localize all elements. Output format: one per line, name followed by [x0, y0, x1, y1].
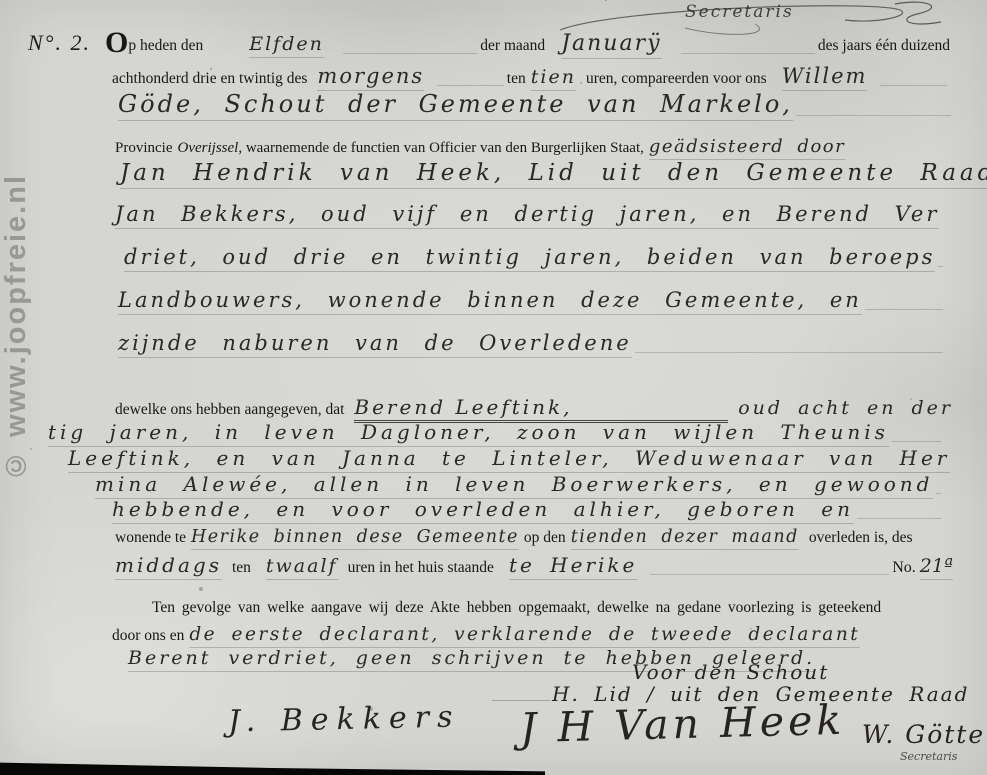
handwritten-official-firstname: Willem: [782, 64, 868, 91]
handwritten-details1: tig jaren, in leven Dagloner, zoon van w…: [48, 420, 889, 447]
printed-text: p heden den: [128, 37, 203, 55]
printed-text: , waarnemende de functien van Officier v…: [238, 140, 644, 157]
top-annotation-text: Secretaris: [685, 2, 794, 22]
printed-text: achthonderd drie en twintig des: [112, 70, 307, 88]
watermark: © www.joopfreie.nl: [0, 128, 46, 528]
handwritten-day: Elfden: [249, 33, 324, 58]
form-line-profession: Landbouwers, wonende binnen deze Gemeent…: [118, 288, 946, 315]
rule-line: [681, 53, 815, 54]
paper-specks: [210, 68, 212, 70]
handwritten-house-number: 21ª: [920, 555, 953, 580]
form-line-time: achthonderd drie en twintig des morgens …: [112, 64, 950, 91]
act-number: N°. 2.: [28, 30, 91, 56]
printed-text: uren in het huis staande: [348, 559, 494, 577]
signature-gotte: W. Götte: [862, 720, 985, 749]
rule-line: [437, 85, 504, 86]
handwritten-relation: zijnde naburen van de Overledene: [118, 331, 632, 358]
handwritten-assistant-name: Jan Hendrik van Heek, Lid uit den Gemeen…: [120, 160, 987, 189]
signature-van-heek: J H Van Heek: [519, 696, 845, 752]
handwritten-house-place: te Herike: [509, 553, 637, 580]
printed-text: ten: [232, 559, 251, 577]
handwritten-for-the-schout: Voor den Schout: [632, 660, 829, 684]
handwritten-declaration-note1: de eerste declarant, verklarende de twee…: [189, 624, 860, 648]
handwritten-age-start: oud acht en der: [738, 397, 953, 419]
rule-line: [892, 441, 941, 442]
printed-text: door ons en: [112, 627, 184, 645]
printed-house-number-label: No.: [892, 559, 916, 577]
form-line-deceased-details2: Leeftink, en van Janna te Linteler, Wedu…: [68, 446, 944, 473]
handwritten-death-hour: twaalf: [266, 555, 338, 580]
form-line-declarant2: driet, oud drie en twintig jaren, beiden…: [124, 245, 946, 272]
death-record-scan: © www.joopfreie.nl Secretaris N°. 2. O p…: [0, 0, 987, 775]
rule-line: [938, 266, 943, 267]
handwritten-daypart: morgens: [317, 64, 424, 91]
handwritten-details2: Leeftink, en van Janna te Linteler, Wedu…: [68, 446, 950, 473]
printed-text: Provincie: [115, 140, 173, 157]
printed-text: overleden is, des: [809, 529, 913, 547]
form-line-declarant1: Jan Bekkers, oud vijf en dertig jaren, e…: [115, 202, 945, 229]
rule-line: [880, 85, 947, 86]
form-line-death-hour: middags ten twaalf uren in het huis staa…: [115, 553, 953, 580]
rule-line: [857, 518, 941, 519]
handwritten-death-day: tienden dezer maand: [571, 527, 799, 550]
printed-text: uren, compareerden voor ons: [586, 70, 767, 88]
form-line-opening: N°. 2. O p heden den Elfden der maand Ja…: [28, 30, 950, 59]
form-line-deceased-details3: mina Alewée, allen in leven Boerwerkers,…: [95, 472, 944, 499]
form-line-death-place: wonende te Herike binnen dese Gemeente o…: [115, 527, 953, 550]
printed-text: der maand: [480, 37, 545, 55]
rule-line: [865, 309, 943, 310]
form-line-closing2: door ons en de eerste declarant, verklar…: [112, 624, 957, 648]
handwritten-declarant1: Jan Bekkers, oud vijf en dertig jaren, e…: [115, 202, 939, 229]
handwritten-month: Januarÿ: [561, 31, 661, 59]
rule-line: [936, 493, 941, 494]
scan-edge-artifact: [0, 761, 545, 775]
handwritten-assisted-by: geädsisteerd door: [649, 136, 845, 160]
rule-line: [650, 574, 889, 575]
printed-text: des jaars één duizend: [818, 37, 950, 55]
handwritten-declarant2: driet, oud drie en twintig jaren, beiden…: [124, 245, 935, 272]
form-line-official: Göde, Schout der Gemeente van Markelo,: [118, 90, 954, 121]
handwritten-hour: tien: [531, 66, 576, 91]
printed-text: Ten gevolge van welke aangave wij deze A…: [152, 599, 881, 617]
printed-text: ten: [507, 70, 526, 88]
rule-line: [492, 700, 550, 701]
rule-line: [796, 115, 951, 116]
handwritten-residence: Herike binnen dese Gemeente: [191, 527, 519, 550]
printed-text: dewelke ons hebben aangegeven, dat: [115, 401, 344, 419]
rule-line: [635, 352, 943, 353]
printed-text: op den: [524, 529, 566, 547]
handwritten-official-name: Göde, Schout der Gemeente van Markelo,: [118, 90, 793, 121]
form-line-declaration: dewelke ons hebben aangegeven, dat Beren…: [115, 395, 953, 423]
form-line-deceased-details4: hebbende, en voor overleden alhier, gebo…: [112, 497, 944, 524]
form-line-deceased-details1: tig jaren, in leven Dagloner, zoon van w…: [48, 420, 944, 447]
handwritten-profession: Landbouwers, wonende binnen deze Gemeent…: [118, 288, 862, 315]
form-line-relation: zijnde naburen van de Overledene: [118, 331, 946, 358]
form-line-province: Provincie Overijssel , waarnemende de fu…: [115, 136, 955, 160]
handwritten-details3: mina Alewée, allen in leven Boerwerkers,…: [95, 472, 933, 499]
signature-gotte-title: Secretaris: [900, 750, 957, 763]
handwritten-death-daypart: middags: [115, 553, 222, 580]
printed-text: wonende te: [115, 529, 186, 547]
form-line-closing1: Ten gevolge van welke aangave wij deze A…: [152, 599, 962, 617]
signature-bekkers: J. Bekkers: [228, 700, 461, 740]
handwritten-deceased-name: Berend Leeftink,: [354, 395, 728, 423]
handwritten-details4: hebbende, en voor overleden alhier, gebo…: [112, 497, 854, 524]
printed-province-name: Overijssel: [178, 140, 239, 157]
rule-line: [343, 53, 477, 54]
form-line-assistant: Jan Hendrik van Heek, Lid uit den Gemeen…: [120, 160, 952, 189]
